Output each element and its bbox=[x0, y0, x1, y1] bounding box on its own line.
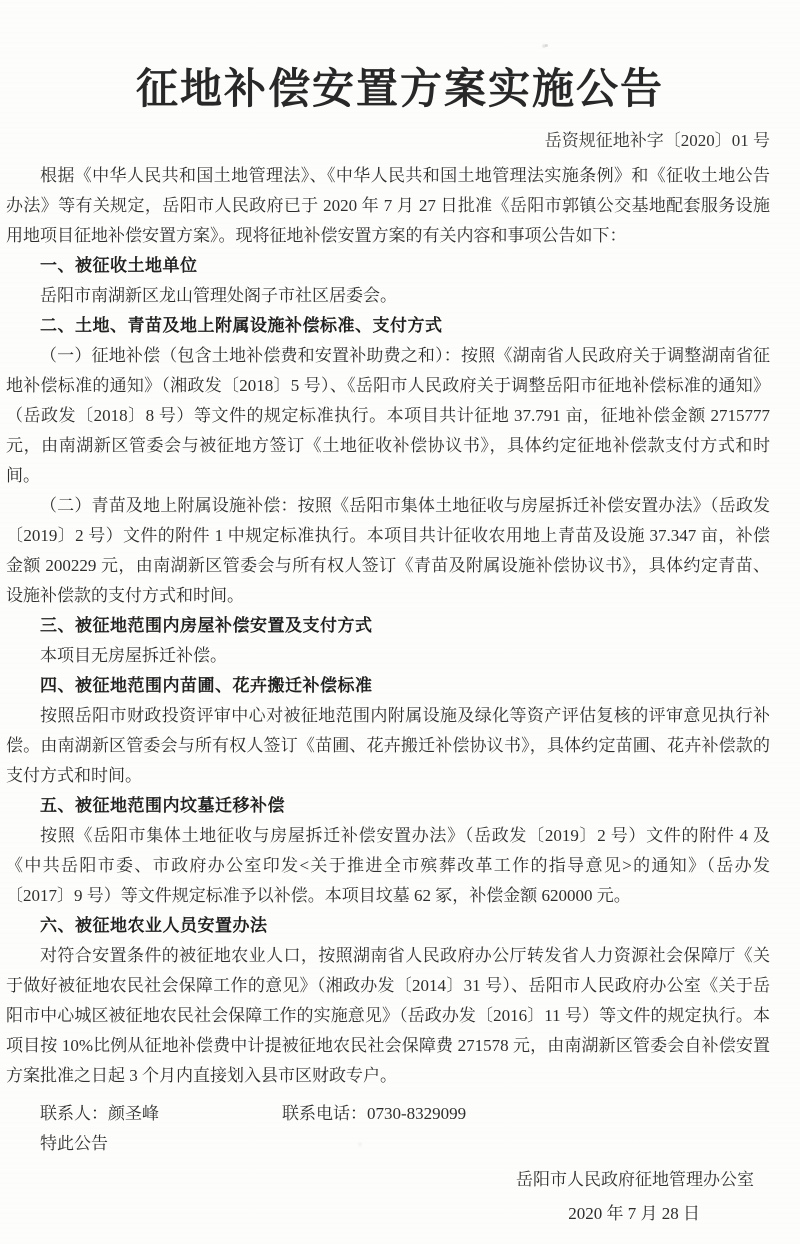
body-paragraph: 岳阳市南湖新区龙山管理处阁子市社区居委会。 bbox=[6, 281, 770, 311]
section-heading: 四、被征地范围内苗圃、花卉搬迁补偿标准 bbox=[6, 671, 770, 701]
closing-note: 特此公告 bbox=[6, 1129, 770, 1159]
body-paragraph: 本项目无房屋拆迁补偿。 bbox=[6, 641, 770, 671]
document-footer: 联系人：颜圣峰联系电话：0730-8329099 特此公告 岳阳市人民政府征地管… bbox=[0, 1099, 800, 1229]
document-title: 征地补偿安置方案实施公告 bbox=[0, 64, 800, 117]
scanned-notice-page: 征地补偿安置方案实施公告 岳资规征地补字〔2020〕01 号 根据《中华人民共和… bbox=[0, 0, 800, 1244]
document-body: 根据《中华人民共和国土地管理法》、《中华人民共和国土地管理法实施条例》和《征收土… bbox=[0, 161, 800, 1091]
body-paragraph: 对符合安置条件的被征地农业人口，按照湖南省人民政府办公厅转发省人力资源社会保障厅… bbox=[6, 941, 770, 1091]
body-paragraph: 按照岳阳市财政投资评审中心对被征地范围内附属设施及绿化等资产评估复核的评审意见执… bbox=[6, 701, 770, 791]
contact-phone: 联系电话：0730-8329099 bbox=[282, 1104, 466, 1123]
body-paragraph: （一）征地补偿（包含土地补偿费和安置补助费之和）：按照《湖南省人民政府关于调整湖… bbox=[6, 341, 770, 491]
body-paragraph: 根据《中华人民共和国土地管理法》、《中华人民共和国土地管理法实施条例》和《征收土… bbox=[6, 161, 770, 251]
contact-person: 联系人：颜圣峰 bbox=[40, 1104, 159, 1123]
signature-block: 岳阳市人民政府征地管理办公室 2020 年 7 月 28 日 bbox=[6, 1165, 770, 1229]
section-heading: 一、被征收土地单位 bbox=[6, 251, 770, 281]
section-heading: 五、被征地范围内坟墓迁移补偿 bbox=[6, 791, 770, 821]
scan-speck bbox=[545, 44, 548, 47]
body-paragraph: 按照《岳阳市集体土地征收与房屋拆迁补偿安置办法》（岳政发〔2019〕2 号）文件… bbox=[6, 821, 770, 911]
body-paragraph: （二）青苗及地上附属设施补偿：按照《岳阳市集体土地征收与房屋拆迁补偿安置办法》（… bbox=[6, 491, 770, 611]
section-heading: 二、土地、青苗及地上附属设施补偿标准、支付方式 bbox=[6, 311, 770, 341]
contact-row: 联系人：颜圣峰联系电话：0730-8329099 bbox=[6, 1099, 770, 1129]
section-heading: 六、被征地农业人员安置办法 bbox=[6, 911, 770, 941]
section-heading: 三、被征地范围内房屋补偿安置及支付方式 bbox=[6, 611, 770, 641]
issue-date: 2020 年 7 月 28 日 bbox=[6, 1199, 770, 1229]
document-number: 岳资规征地补字〔2020〕01 号 bbox=[0, 129, 800, 153]
issuer-name: 岳阳市人民政府征地管理办公室 bbox=[6, 1165, 770, 1195]
